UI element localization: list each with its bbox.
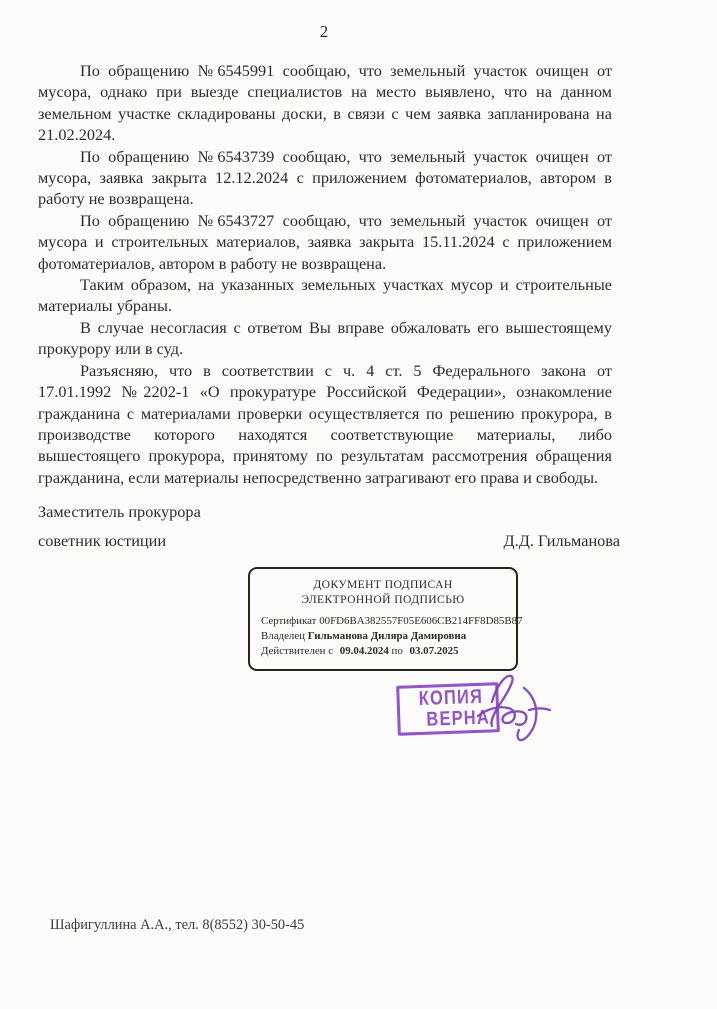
page-number: 2 [36,22,612,42]
esign-validity-line: Действителен с 09.04.2024 по 03.07.2025 [261,644,516,659]
signer-name: Д.Д. Гильманова [504,531,620,551]
signature-icon [466,666,556,744]
esign-title-line1: ДОКУМЕНТ ПОДПИСАН [250,578,516,593]
body-paragraph: По обращению №6543727 сообщаю, что земел… [38,210,612,274]
electronic-signature-stamp: ДОКУМЕНТ ПОДПИСАН ЭЛЕКТРОННОЙ ПОДПИСЬЮ С… [248,567,518,671]
esign-certificate-line: Сертификат 00FD6BA382557F05E606CB214FF8D… [261,614,516,629]
signer-position-line2: советник юстиции [38,531,166,551]
signature-row: советник юстиции Д.Д. Гильманова [38,531,620,551]
body-paragraph: По обращению №6543739 сообщаю, что земел… [38,146,612,210]
document-body: По обращению №6545991 сообщаю, что земел… [38,60,612,488]
body-paragraph: В случае несогласия с ответом Вы вправе … [38,317,612,360]
esign-stamp-details: Сертификат 00FD6BA382557F05E606CB214FF8D… [250,614,516,660]
esign-title-line2: ЭЛЕКТРОННОЙ ПОДПИСЬЮ [250,593,516,608]
handwritten-signature [466,666,556,744]
esign-stamp-title: ДОКУМЕНТ ПОДПИСАН ЭЛЕКТРОННОЙ ПОДПИСЬЮ [250,578,516,607]
body-paragraph: Разъясняю, что в соответствии с ч. 4 ст.… [38,360,612,488]
executor-contact: Шафигуллина А.А., тел. 8(8552) 30-50-45 [50,917,304,934]
signer-position-line1: Заместитель прокурора [38,502,201,522]
body-paragraph: По обращению №6545991 сообщаю, что земел… [38,60,612,146]
body-paragraph: Таким образом, на указанных земельных уч… [38,274,612,317]
esign-owner-line: Владелец Гильманова Диляра Дамировна [261,629,516,644]
document-page: 2 По обращению №6545991 сообщаю, что зем… [0,0,717,1009]
